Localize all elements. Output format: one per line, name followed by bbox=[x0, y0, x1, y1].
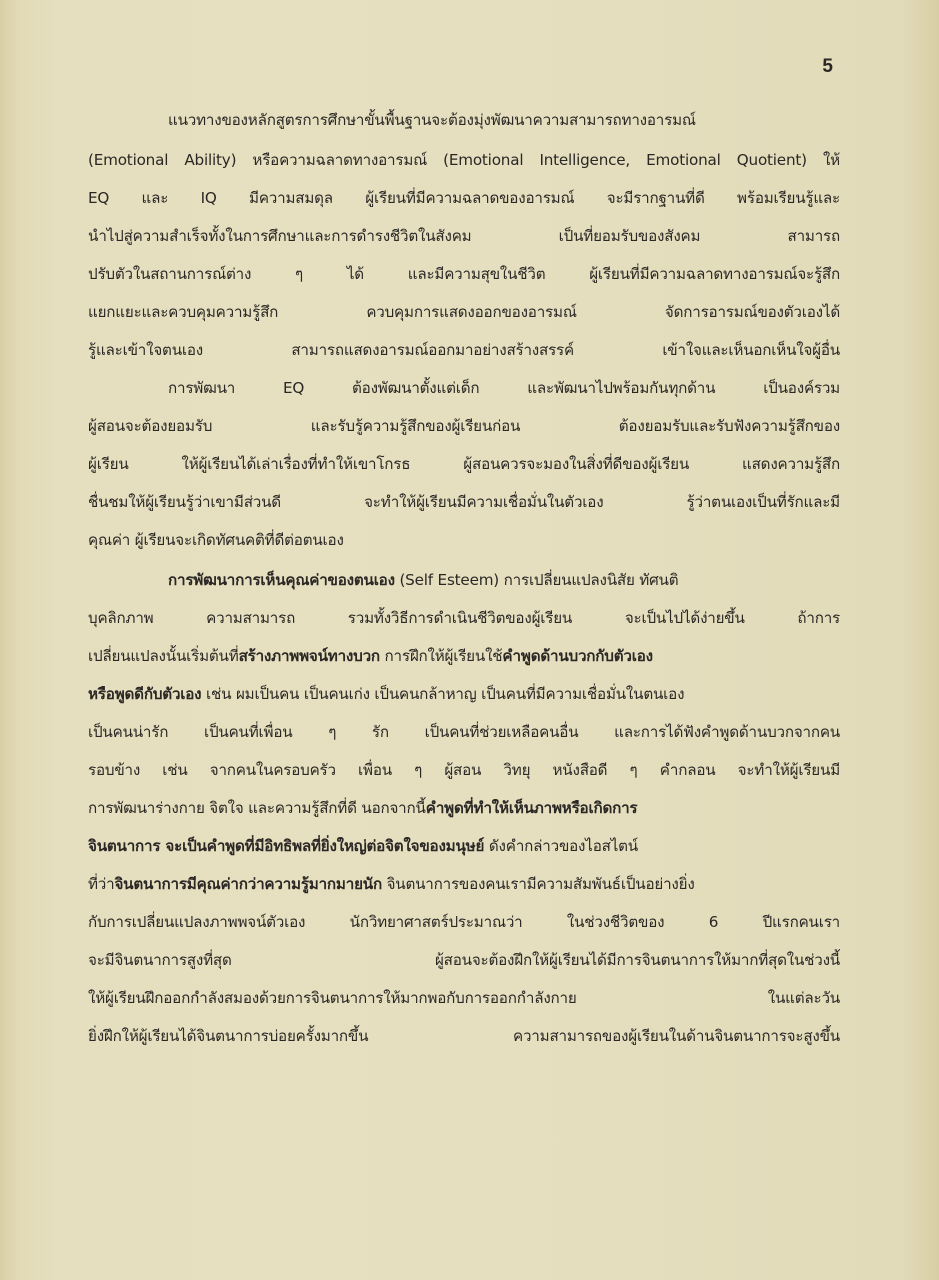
paragraph-2-line-1: การพัฒนา EQ ต้องพัฒนาตั้งแต่เด็ก และพัฒน… bbox=[168, 378, 840, 398]
paragraph-1-line-3: EQ และ IQ มีความสมดุล ผู้เรียนที่มีความฉ… bbox=[88, 188, 840, 208]
text-span: ดังคำกล่าวของไอสไตน์ bbox=[484, 837, 638, 855]
text-span: เช่น ผมเป็นคน เป็นคนเก่ง เป็นคนกล้าหาญ เ… bbox=[201, 685, 684, 703]
paragraph-3-line-10: กับการเปลี่ยนแปลงภาพพจน์ตัวเอง นักวิทยาศ… bbox=[88, 912, 840, 932]
paragraph-2-line-2: ผู้สอนจะต้องยอมรับ และรับรู้ความรู้สึกขอ… bbox=[88, 416, 840, 436]
text-span: การฝึกให้ผู้เรียนใช้ bbox=[380, 647, 502, 665]
paragraph-3-line-12: ให้ผู้เรียนฝึกออกกำลังสมองด้วยการจินตนาก… bbox=[88, 988, 840, 1008]
paragraph-3-line-3: เปลี่ยนแปลงนั้นเริ่มต้นที่สร้างภาพพจน์ทา… bbox=[88, 646, 840, 666]
paragraph-1-line-5: ปรับตัวในสถานการณ์ต่าง ๆ ได้ และมีความสุ… bbox=[88, 264, 840, 284]
text-span: ที่ว่า bbox=[88, 875, 114, 893]
paragraph-3-line-4: หรือพูดดีกับตัวเอง เช่น ผมเป็นคน เป็นคนเ… bbox=[88, 684, 840, 704]
paragraph-2-line-3: ผู้เรียน ให้ผู้เรียนได้เล่าเรื่องที่ทำให… bbox=[88, 454, 840, 474]
paragraph-3-line-2: บุคลิกภาพ ความสามารถ รวมทั้งวิธีการดำเนิ… bbox=[88, 608, 840, 628]
text-span: การพัฒนาร่างกาย จิตใจ และความรู้สึกที่ดี… bbox=[88, 799, 426, 817]
paragraph-3-line-6: รอบข้าง เช่น จากคนในครอบครัว เพื่อน ๆ ผู… bbox=[88, 760, 840, 780]
text-span: หรือ bbox=[88, 685, 115, 703]
bold-phrase-positive-words: คำพูดด้านบวกกับตัวเอง bbox=[502, 647, 652, 665]
paragraph-3-line-11: จะมีจินตนาการสูงที่สุด ผู้สอนจะต้องฝึกให… bbox=[88, 950, 840, 970]
paragraph-3-line-7: การพัฒนาร่างกาย จิตใจ และความรู้สึกที่ดี… bbox=[88, 798, 840, 818]
paragraph-3-line-8: จินตนาการ จะเป็นคำพูดที่มีอิทธิพลที่ยิ่ง… bbox=[88, 836, 840, 856]
text-span: เปลี่ยนแปลงนั้นเริ่มต้นที่ bbox=[88, 647, 239, 665]
text-span: (Self Esteem) การเปลี่ยนแปลงนิสัย ทัศนติ bbox=[395, 571, 679, 589]
paragraph-1-line-6: แยกแยะและควบคุมความรู้สึก ควบคุมการแสดงอ… bbox=[88, 302, 840, 322]
paragraph-2-line-4: ชื่นชมให้ผู้เรียนรู้ว่าเขามีส่วนดี จะทำใ… bbox=[88, 492, 840, 512]
section-heading-self-esteem: การพัฒนาการเห็นคุณค่าของตนเอง bbox=[168, 571, 395, 589]
paragraph-2-line-5: คุณค่า ผู้เรียนจะเกิดทัศนคติที่ดีต่อตนเอ… bbox=[88, 530, 840, 550]
bold-phrase-speak-well: พูดดีกับตัวเอง bbox=[115, 685, 202, 703]
paragraph-3-line-13: ยิ่งฝึกให้ผู้เรียนได้จินตนาการบ่อยครั้งม… bbox=[88, 1026, 840, 1046]
paragraph-1-line-1: แนวทางของหลักสูตรการศึกษาขั้นพื้นฐานจะต้… bbox=[168, 110, 840, 130]
paragraph-1-line-7: รู้และเข้าใจตนเอง สามารถแสดงอารมณ์ออกมาอ… bbox=[88, 340, 840, 360]
bold-phrase-imagery-words: คำพูดที่ทำให้เห็นภาพหรือเกิดการ bbox=[426, 799, 638, 817]
paragraph-3-line-5: เป็นคนน่ารัก เป็นคนที่เพื่อน ๆ รัก เป็นค… bbox=[88, 722, 840, 742]
page-number: 5 bbox=[822, 56, 833, 78]
bold-phrase-positive-image: สร้างภาพพจน์ทางบวก bbox=[239, 647, 380, 665]
bold-phrase-influence: จินตนาการ จะเป็นคำพูดที่มีอิทธิพลที่ยิ่ง… bbox=[88, 837, 484, 855]
text-span: จินตนาการของคนเรามีความสัมพันธ์เป็นอย่าง… bbox=[382, 875, 695, 893]
bold-phrase-einstein-quote: จินตนาการมีคุณค่ากว่าความรู้มากมายนัก bbox=[114, 875, 381, 893]
paragraph-1-line-2: (Emotional Ability) หรือความฉลาดทางอารมณ… bbox=[88, 150, 840, 170]
document-page: 5 แนวทางของหลักสูตรการศึกษาขั้นพื้นฐานจะ… bbox=[0, 0, 939, 1280]
paragraph-1-line-4: นำไปสู่ความสำเร็จทั้งในการศึกษาและการดำร… bbox=[88, 226, 840, 246]
paragraph-3-line-9: ที่ว่าจินตนาการมีคุณค่ากว่าความรู้มากมาย… bbox=[88, 874, 840, 894]
paragraph-3-line-1: การพัฒนาการเห็นคุณค่าของตนเอง (Self Este… bbox=[168, 570, 840, 590]
